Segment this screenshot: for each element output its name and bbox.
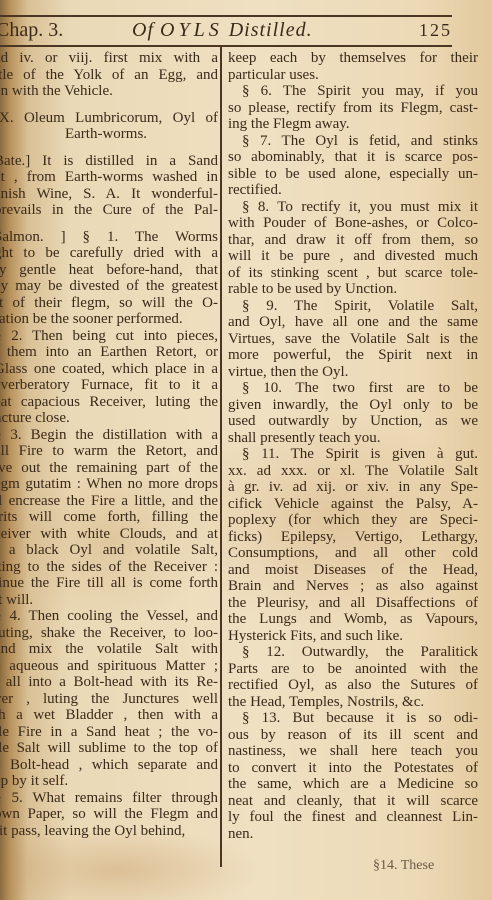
text-line: en with the Vehicle.: [0, 83, 218, 100]
column-divider: [220, 47, 222, 867]
text-line: keep each by themselves for their: [228, 50, 478, 67]
text-line: § 7. The Oyl is fetid, and stinks: [228, 133, 478, 150]
right-column: keep each by themselves for theirparticu…: [228, 50, 478, 842]
text-line: and Oyl, have all one and the same: [228, 314, 478, 331]
title-caps: OYLS: [160, 19, 223, 41]
text-line: t them into an Earthen Retort, or: [0, 344, 218, 361]
title-prefix: Of: [132, 19, 154, 41]
text-line: king to the sides of the Receiver :: [0, 559, 218, 576]
text-line: prevails in the Cure of the Pal-: [0, 202, 218, 219]
text-line: tinue the Fire till all is come forth: [0, 575, 218, 592]
text-line: so abominably, that it is scarce pos-: [228, 149, 478, 166]
text-line: § 10. The two first are to be: [228, 380, 478, 397]
header-bottom-rule: [0, 45, 452, 47]
title-suffix: Distilled.: [229, 19, 313, 41]
text-line: it will.: [0, 592, 218, 609]
text-line: Salmon. ] § 1. The Worms: [0, 229, 218, 246]
text-line: IX. Oleum Lumbricorum, Oyl of: [0, 110, 218, 127]
text-line: the Pleurisy, and all Disaffections of: [228, 595, 478, 612]
text-line: more powerful, the Spirit next in: [228, 347, 478, 364]
text-line: § 12. Outwardly, the Paralitick: [228, 644, 478, 661]
text-line: e Bolt-head , which separate and: [0, 757, 218, 774]
text-line: t a black Oyl and volatile Salt,: [0, 542, 218, 559]
text-line: ey may be divested of the greatest: [0, 278, 218, 295]
text-line: ous by reason of its ill scent and: [228, 727, 478, 744]
text-line: ght to be carefully dried with a: [0, 245, 218, 262]
text-line: t all into a Bolt-head with its Re-: [0, 674, 218, 691]
text-line: Hysterick Fits, and such like.: [228, 628, 478, 645]
text-line: sible to be used alone, especially un-: [228, 166, 478, 183]
text-line: poplexy (for which they are Speci-: [228, 512, 478, 529]
text-line: ry gentle heat before-hand, that: [0, 262, 218, 279]
text-line: § 4. Then cooling the Vessel, and: [0, 608, 218, 625]
text-line: with Pouder of Bone-ashes, or Colco-: [228, 215, 478, 232]
text-line: § 11. The Spirit is given à gut.: [228, 446, 478, 463]
text-line: ly foul the finest and cleannest Lin-: [228, 809, 478, 826]
text-line: Virtues, save the Volatile Salt is the: [228, 331, 478, 348]
text-line: thar, and draw it off from them, so: [228, 232, 478, 249]
text-line: nen.: [228, 826, 478, 843]
catchword: §14. These: [373, 858, 434, 874]
chapter-label: Chap. 3.: [0, 19, 63, 42]
text-line: and mix the volatile Salt with: [0, 641, 218, 658]
text-line: § 8. To rectify it, you must mix it: [228, 199, 478, 216]
text-line: given inwardly, the Oyl only to be: [228, 397, 478, 414]
text-line: irits will come forth, filling the: [0, 509, 218, 526]
text-line: neat and cleanly, that it will scarce: [228, 793, 478, 810]
text-line: all Fire to warm the Retort, and: [0, 443, 218, 460]
text-line: the same, which are a Medicine so: [228, 776, 478, 793]
text-line: anish Wine, S. A. It wonderful-: [0, 186, 218, 203]
text-line: rectified Oyl, as also the Sutures of: [228, 677, 478, 694]
running-header: Chap. 3. Of OYLS Distilled. 125: [0, 18, 472, 44]
text-line: § 13. But because it is so odi-: [228, 710, 478, 727]
page-number: 125: [419, 20, 452, 41]
text-line: at , from Earth-worms washed in: [0, 169, 218, 186]
text-line: of its stinking scent , but scarce tole-: [228, 265, 478, 282]
text-line: ive out the remaining part of the: [0, 460, 218, 477]
text-line: egm gutatim : When no more drops: [0, 476, 218, 493]
text-line: used outwardly by Unction, as we: [228, 413, 478, 430]
text-line: e aqueous and spirituous Matter ;: [0, 658, 218, 675]
text-line: Glass one coated, which place in a: [0, 361, 218, 378]
text-line: § 9. The Spirit, Volatile Salt,: [228, 298, 478, 315]
book-page: Chap. 3. Of OYLS Distilled. 125 ad iv. o…: [0, 0, 492, 900]
running-title: Of OYLS Distilled.: [132, 19, 313, 42]
text-line: ncture close.: [0, 410, 218, 427]
text-line: rit pass, leaving the Oyl behind,: [0, 823, 218, 840]
text-line: rectified.: [228, 182, 478, 199]
text-line: xx. ad xxx. or xl. The Volatile Salt: [228, 463, 478, 480]
text-line: ing the Flegm away.: [228, 116, 478, 133]
text-line: own Paper, so will the Flegm and: [0, 806, 218, 823]
text-line: § 3. Begin the distillation with a: [0, 427, 218, 444]
text-line: ration be the sooner performed.: [0, 311, 218, 328]
text-line: everberatory Furnace, fit to it a: [0, 377, 218, 394]
text-line: ver , luting the Junctures well: [0, 691, 218, 708]
text-line: and moist Diseases of the Head,: [228, 562, 478, 579]
left-column: ad iv. or viij. first mix with attle of …: [0, 50, 218, 839]
text-line: ficks) Epilepsy, Vertigo, Lethargy,: [228, 529, 478, 546]
text-line: rt of their flegm, so will the O-: [0, 295, 218, 312]
text-line: Consumptions, and all other cold: [228, 545, 478, 562]
text-line: § 2. Then being cut into pieces,: [0, 328, 218, 345]
text-line: the Head, Temples, Nostrils, &c.: [228, 694, 478, 711]
text-line: ad iv. or viij. first mix with a: [0, 50, 218, 67]
text-line: Parts are to be anointed with the: [228, 661, 478, 678]
text-line: virtue, then the Oyl.: [228, 364, 478, 381]
text-line: Brain and Nerves ; as also against: [228, 578, 478, 595]
text-line: th a wet Bladder , then with a: [0, 707, 218, 724]
text-line: ttle of the Yolk of an Egg, and: [0, 67, 218, 84]
text-line: the Lungs and Womb, as Vapours,: [228, 611, 478, 628]
text-line: to convert it into the Potestates of: [228, 760, 478, 777]
text-line: Earth-worms.: [0, 126, 218, 143]
text-line: luting, shake the Receiver, to loo-: [0, 625, 218, 642]
text-line: ile Salt will sublime to the top of: [0, 740, 218, 757]
text-line: eat capacious Receiver, luting the: [0, 394, 218, 411]
text-line: Bate.] It is distilled in a Sand: [0, 153, 218, 170]
text-line: ceiver with white Clouds, and at: [0, 526, 218, 543]
header-top-rule: [0, 15, 452, 17]
text-line: § 5. What remains filter through: [0, 790, 218, 807]
text-line: ll encrease the Fire a little, and the: [0, 493, 218, 510]
text-line: tle Fire in a Sand heat ; the vo-: [0, 724, 218, 741]
text-line: nastiness, we shall here teach you: [228, 743, 478, 760]
text-line: cifick Vehicle against the Palsy, A-: [228, 496, 478, 513]
text-line: ep by it self.: [0, 773, 218, 790]
text-line: particular uses.: [228, 67, 478, 84]
text-line: shall presently teach you.: [228, 430, 478, 447]
text-line: will it be pure , and divested much: [228, 248, 478, 265]
text-line: à gr. iv. ad xij. or xiv. in any Spe-: [228, 479, 478, 496]
text-line: rable to be used by Unction.: [228, 281, 478, 298]
text-line: so please, rectify from its Flegm, cast-: [228, 100, 478, 117]
text-line: § 6. The Spirit you may, if you: [228, 83, 478, 100]
